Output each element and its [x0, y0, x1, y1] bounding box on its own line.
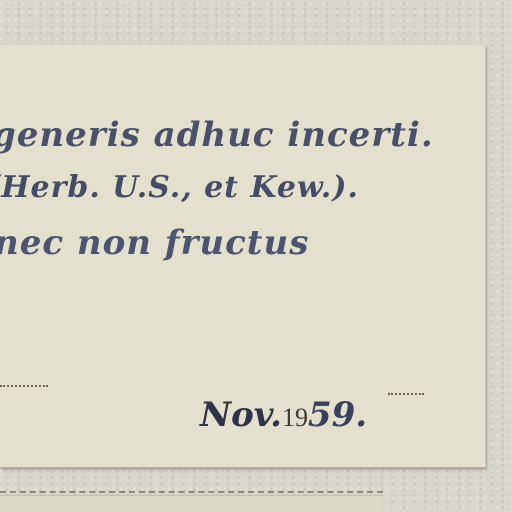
date-month: Nov. — [200, 395, 282, 435]
secondary-label-strip — [0, 495, 383, 512]
date-field: Nov.1959. — [200, 395, 367, 435]
herbarium-label: generis adhuc incerti. (Herb. U.S., et K… — [0, 45, 486, 468]
handwritten-line-1: generis adhuc incerti. — [0, 115, 434, 155]
handwritten-line-2: (Herb. U.S., et Kew.). — [0, 170, 359, 205]
date-year-printed: 19 — [282, 403, 308, 432]
dotted-field-line — [0, 385, 48, 387]
date-year-handwritten: 59. — [308, 395, 367, 435]
dotted-date-line — [388, 393, 424, 395]
perforation-line — [0, 491, 383, 493]
handwritten-line-3: nec non fructus — [0, 223, 309, 263]
